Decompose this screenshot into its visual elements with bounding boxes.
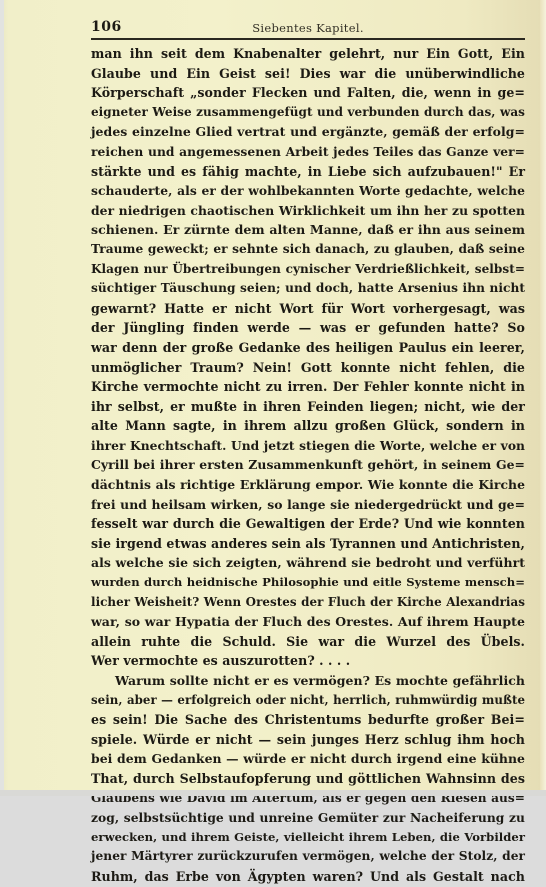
body-text: man ihn seit dem Knabenalter gelehrt, nu… [91,44,525,796]
text-line: reichen und angemessenen Arbeit jedes Te… [91,142,525,162]
text-line: war denn der große Gedanke des heiligen … [91,338,525,358]
text-line: ihr selbst, er mußte in ihren Feinden li… [91,397,525,417]
text-line: fesselt war durch die Gewaltigen der Erd… [91,514,525,534]
text-line: Wer vermochte es auszurotten? . . . . [91,651,525,671]
running-head: 106 Siebentes Kapitel. [91,18,525,40]
text-line: eigneter Weise zusammengefügt und verbun… [91,103,525,123]
text-line: war, so war Hypatia der Fluch des Oreste… [91,612,525,632]
text-line: Cyrill bei ihrer ersten Zusammenkunft ge… [91,455,525,475]
text-line: es sein! Die Sache des Christentums bedu… [91,710,525,730]
text-line: schauderte, als er der wohlbekannten Wor… [91,181,525,201]
text-line: Klagen nur Übertreibungen cynischer Verd… [91,260,525,280]
text-line: bei dem Gedanken — würde er nicht durch … [91,749,525,769]
text-line: der niedrigen chaotischen Wirklichkeit u… [91,201,525,221]
text-line: Warum sollte nicht er es vermögen? Es mo… [91,671,525,691]
text-line: spiele. Würde er nicht — sein junges Her… [91,730,525,750]
viewer-bottom-edge [0,790,546,796]
text-line: allein ruhte die Schuld. Sie war die Wur… [91,632,525,652]
text-line: frei und heilsam wirken, so lange sie ni… [91,495,525,515]
text-line: wurden durch heidnische Philosophie und … [91,573,525,593]
text-line: süchtiger Täuschung seien; und doch, hat… [91,279,525,299]
text-line: Körperschaft „sonder Flecken und Falten,… [91,83,525,103]
text-line: stärkte und es fähig machte, in Liebe si… [91,162,525,182]
text-line: ihrer Knechtschaft. Und jetzt stiegen di… [91,436,525,456]
text-line: licher Weisheit? Wenn Orestes der Fluch … [91,593,525,613]
text-line: jedes einzelne Glied vertrat und ergänzt… [91,122,525,142]
text-line: schienen. Er zürnte dem alten Manne, daß… [91,220,525,240]
text-line: man ihn seit dem Knabenalter gelehrt, nu… [91,44,525,64]
text-line: der Jüngling finden werde — was er gefun… [91,318,525,338]
text-line: gewarnt? Hatte er nicht Wort für Wort vo… [91,299,525,319]
text-line: sie irgend etwas anderes sein als Tyrann… [91,534,525,554]
text-line: unmöglicher Traum? Nein! Gott konnte nic… [91,358,525,378]
text-line: alte Mann sagte, in ihrem allzu großen G… [91,416,525,436]
text-line: Glaube und Ein Geist sei! Dies war die u… [91,64,525,84]
text-line: Traume geweckt; er sehnte sich danach, z… [91,240,525,260]
text-line: sein, aber — erfolgreich oder nicht, her… [91,691,525,711]
text-line: Kirche vermochte nicht zu irren. Der Feh… [91,377,525,397]
chapter-title: Siebentes Kapitel. [91,21,525,35]
text-line: That, durch Selbstaufopferung und göttli… [91,769,525,789]
text-line: dächtnis als richtige Erklärung empor. W… [91,475,525,495]
page-content: 106 Siebentes Kapitel. man ihn seit dem … [91,18,525,796]
scanned-book-page: 106 Siebentes Kapitel. man ihn seit dem … [0,0,546,790]
text-line: als welche sie sich zeigten, während sie… [91,553,525,573]
